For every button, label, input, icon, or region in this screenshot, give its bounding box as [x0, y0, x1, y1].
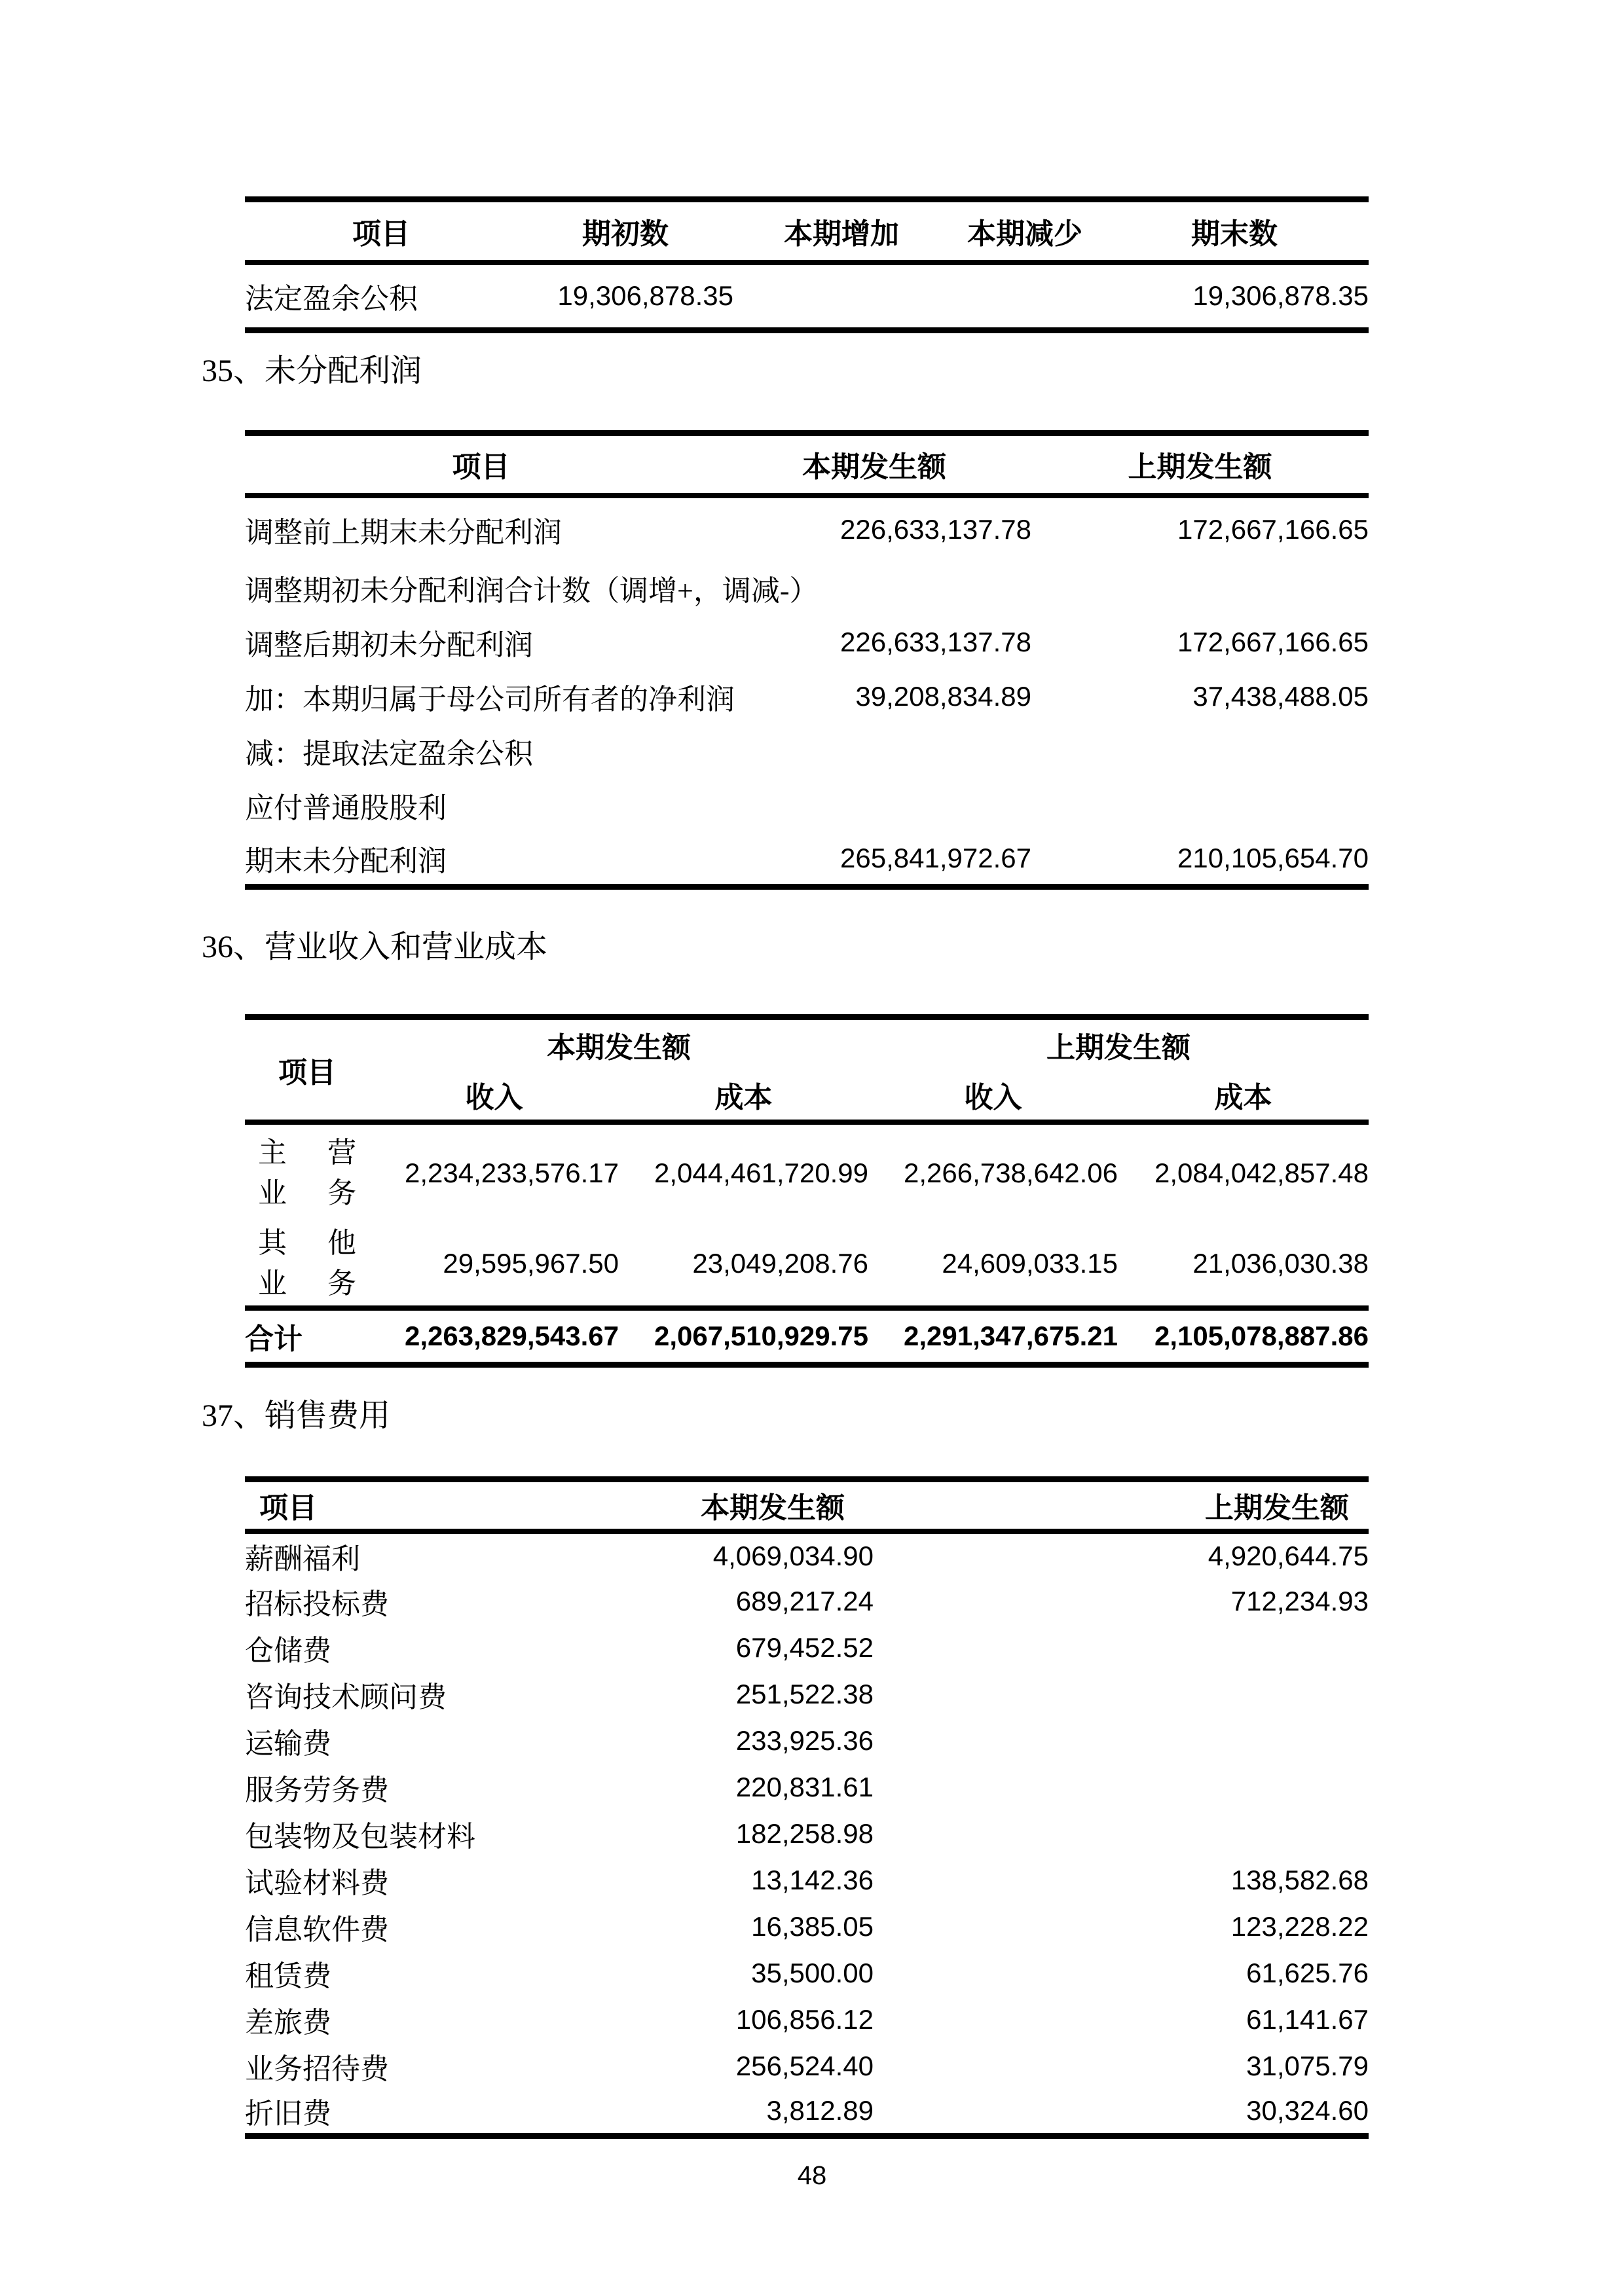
- amount-cell: 2,105,078,887.86: [1118, 1308, 1369, 1364]
- table-row: 包装物及包装材料 182,258.98: [245, 1810, 1369, 1857]
- amount-cell: [717, 778, 1031, 833]
- amount-cell: 29,595,967.50: [369, 1222, 619, 1308]
- row-label-line: 业务: [258, 1173, 356, 1214]
- amount-cell: 689,217.24: [672, 1578, 874, 1624]
- table-row: 加：本期归属于母公司所有者的净利润 39,208,834.89 37,438,4…: [245, 670, 1369, 724]
- row-label: 减：提取法定盈余公积: [245, 724, 717, 778]
- amount-cell: [874, 1717, 1369, 1764]
- amount-cell: [874, 1810, 1369, 1857]
- amount-cell: 2,084,042,857.48: [1118, 1122, 1369, 1222]
- amount-cell: 35,500.00: [672, 1950, 874, 1996]
- table-row-total: 合计 2,263,829,543.67 2,067,510,929.75 2,2…: [245, 1308, 1369, 1364]
- section-heading-36: 36、营业收入和营业成本: [202, 926, 1624, 968]
- subheader-income: 收入: [369, 1070, 619, 1122]
- amount-cell: 19,306,878.35: [517, 263, 733, 331]
- column-header-ending: 期末数: [1100, 200, 1369, 263]
- table-row: 应付普通股股利: [245, 778, 1369, 833]
- amount-cell: [950, 263, 1100, 331]
- amount-cell: [874, 1624, 1369, 1671]
- amount-cell: 256,524.40: [672, 2043, 874, 2089]
- row-label: 折旧费: [245, 2089, 672, 2136]
- amount-cell: 2,266,738,642.06: [868, 1122, 1118, 1222]
- amount-cell: 712,234.93: [874, 1578, 1369, 1624]
- amount-cell: [717, 724, 1031, 778]
- amount-cell: [1031, 561, 1369, 615]
- row-label: 主营 业务: [245, 1122, 369, 1222]
- row-label: 招标投标费: [245, 1578, 672, 1624]
- table-row: 试验材料费 13,142.36 138,582.68: [245, 1857, 1369, 1903]
- row-label: 法定盈余公积: [245, 263, 517, 331]
- table-row-other-business: 其他 业务 29,595,967.50 23,049,208.76 24,609…: [245, 1222, 1369, 1308]
- amount-cell: 220,831.61: [672, 1764, 874, 1810]
- table-row: 折旧费 3,812.89 30,324.60: [245, 2089, 1369, 2136]
- row-label: 薪酬福利: [245, 1531, 672, 1578]
- page-number: 48: [0, 2161, 1624, 2191]
- amount-cell: 30,324.60: [874, 2089, 1369, 2136]
- column-header-item: 项目: [245, 200, 517, 263]
- amount-cell: 24,609,033.15: [868, 1222, 1118, 1308]
- table-row: 法定盈余公积 19,306,878.35 19,306,878.35: [245, 263, 1369, 331]
- table-subheader-row: 收入 成本 收入 成本: [245, 1070, 1369, 1122]
- row-label: 调整前上期末未分配利润: [245, 496, 717, 561]
- row-label-line: 其他: [258, 1223, 356, 1264]
- amount-cell: 123,228.22: [874, 1903, 1369, 1950]
- column-header-item: 项目: [245, 433, 717, 496]
- amount-cell: 172,667,166.65: [1031, 615, 1369, 670]
- amount-cell: 210,105,654.70: [1031, 833, 1369, 887]
- row-label: 期末未分配利润: [245, 833, 717, 887]
- table-row: 服务劳务费 220,831.61: [245, 1764, 1369, 1810]
- table-row: 仓储费 679,452.52: [245, 1624, 1369, 1671]
- amount-cell: [1031, 778, 1369, 833]
- table-row: 运输费 233,925.36: [245, 1717, 1369, 1764]
- row-label: 仓储费: [245, 1624, 672, 1671]
- row-label: 应付普通股股利: [245, 778, 717, 833]
- section-heading-37: 37、销售费用: [202, 1395, 1624, 1437]
- table-row: 减：提取法定盈余公积: [245, 724, 1369, 778]
- amount-cell: 16,385.05: [672, 1903, 874, 1950]
- surplus-reserve-table: 项目 期初数 本期增加 本期减少 期末数 法定盈余公积 19,306,878.3…: [245, 196, 1369, 333]
- column-header-prior-period: 上期发生额: [868, 1017, 1369, 1070]
- table-row: 差旅费 106,856.12 61,141.67: [245, 1996, 1369, 2043]
- amount-cell: 182,258.98: [672, 1810, 874, 1857]
- row-label: 试验材料费: [245, 1857, 672, 1903]
- row-label: 运输费: [245, 1717, 672, 1764]
- amount-cell: 4,069,034.90: [672, 1531, 874, 1578]
- column-header-item: 项目: [245, 1017, 369, 1123]
- amount-cell: 23,049,208.76: [619, 1222, 868, 1308]
- row-label: 加：本期归属于母公司所有者的净利润: [245, 670, 717, 724]
- amount-cell: 265,841,972.67: [717, 833, 1031, 887]
- subheader-cost: 成本: [1118, 1070, 1369, 1122]
- amount-cell: 226,633,137.78: [717, 496, 1031, 561]
- amount-cell: 19,306,878.35: [1100, 263, 1369, 331]
- amount-cell: 3,812.89: [672, 2089, 874, 2136]
- table-header-row: 项目 本期发生额 上期发生额: [245, 1017, 1369, 1070]
- column-header-current-period: 本期发生额: [369, 1017, 868, 1070]
- amount-cell: 679,452.52: [672, 1624, 874, 1671]
- row-label: 调整期初未分配利润合计数（调增+，调减-）: [245, 561, 717, 615]
- column-header-item: 项目: [245, 1479, 672, 1531]
- row-label: 租赁费: [245, 1950, 672, 1996]
- amount-cell: [1031, 724, 1369, 778]
- subheader-income: 收入: [868, 1070, 1118, 1122]
- column-header-current: 本期发生额: [672, 1479, 874, 1531]
- amount-cell: 21,036,030.38: [1118, 1222, 1369, 1308]
- amount-cell: 13,142.36: [672, 1857, 874, 1903]
- revenue-cost-table: 项目 本期发生额 上期发生额 收入 成本 收入 成本 主营 业务 2,234,2…: [245, 1014, 1369, 1368]
- column-header-prior: 上期发生额: [1031, 433, 1369, 496]
- column-header-current: 本期发生额: [717, 433, 1031, 496]
- row-label: 信息软件费: [245, 1903, 672, 1950]
- table-row: 调整后期初未分配利润 226,633,137.78 172,667,166.65: [245, 615, 1369, 670]
- table-row: 业务招待费 256,524.40 31,075.79: [245, 2043, 1369, 2089]
- table-row: 调整前上期末未分配利润 226,633,137.78 172,667,166.6…: [245, 496, 1369, 561]
- amount-cell: [733, 263, 950, 331]
- amount-cell: 233,925.36: [672, 1717, 874, 1764]
- column-header-decrease: 本期减少: [950, 200, 1100, 263]
- document-page: 项目 期初数 本期增加 本期减少 期末数 法定盈余公积 19,306,878.3…: [0, 0, 1624, 2296]
- selling-expenses-table: 项目 本期发生额 上期发生额 薪酬福利 4,069,034.90 4,920,6…: [245, 1476, 1369, 2139]
- column-header-beginning: 期初数: [517, 200, 733, 263]
- column-header-prior: 上期发生额: [874, 1479, 1369, 1531]
- column-header-increase: 本期增加: [733, 200, 950, 263]
- amount-cell: 31,075.79: [874, 2043, 1369, 2089]
- subheader-cost: 成本: [619, 1070, 868, 1122]
- section-heading-35: 35、未分配利润: [202, 350, 1624, 392]
- table-header-row: 项目 本期发生额 上期发生额: [245, 1479, 1369, 1531]
- amount-cell: 226,633,137.78: [717, 615, 1031, 670]
- table-row-main-business: 主营 业务 2,234,233,576.17 2,044,461,720.99 …: [245, 1122, 1369, 1222]
- amount-cell: 2,263,829,543.67: [369, 1308, 619, 1364]
- table-row: 调整期初未分配利润合计数（调增+，调减-）: [245, 561, 1369, 615]
- table-header-row: 项目 本期发生额 上期发生额: [245, 433, 1369, 496]
- table-row: 薪酬福利 4,069,034.90 4,920,644.75: [245, 1531, 1369, 1578]
- amount-cell: 2,044,461,720.99: [619, 1122, 868, 1222]
- table-row: 租赁费 35,500.00 61,625.76: [245, 1950, 1369, 1996]
- table-header-row: 项目 期初数 本期增加 本期减少 期末数: [245, 200, 1369, 263]
- amount-cell: 172,667,166.65: [1031, 496, 1369, 561]
- amount-cell: [874, 1764, 1369, 1810]
- amount-cell: 37,438,488.05: [1031, 670, 1369, 724]
- row-label: 其他 业务: [245, 1222, 369, 1308]
- row-label: 服务劳务费: [245, 1764, 672, 1810]
- row-label: 业务招待费: [245, 2043, 672, 2089]
- row-label: 差旅费: [245, 1996, 672, 2043]
- amount-cell: 106,856.12: [672, 1996, 874, 2043]
- total-label: 合计: [245, 1308, 369, 1364]
- amount-cell: 2,291,347,675.21: [868, 1308, 1118, 1364]
- row-label-line: 业务: [258, 1264, 356, 1304]
- table-row: 招标投标费 689,217.24 712,234.93: [245, 1578, 1369, 1624]
- amount-cell: 2,067,510,929.75: [619, 1308, 868, 1364]
- row-label: 包装物及包装材料: [245, 1810, 672, 1857]
- undistributed-profit-table: 项目 本期发生额 上期发生额 调整前上期末未分配利润 226,633,137.7…: [245, 430, 1369, 890]
- table-row: 期末未分配利润 265,841,972.67 210,105,654.70: [245, 833, 1369, 887]
- amount-cell: 4,920,644.75: [874, 1531, 1369, 1578]
- table-row: 信息软件费 16,385.05 123,228.22: [245, 1903, 1369, 1950]
- amount-cell: 39,208,834.89: [717, 670, 1031, 724]
- amount-cell: 61,141.67: [874, 1996, 1369, 2043]
- amount-cell: 138,582.68: [874, 1857, 1369, 1903]
- row-label: 调整后期初未分配利润: [245, 615, 717, 670]
- table-row: 咨询技术顾问费 251,522.38: [245, 1671, 1369, 1717]
- amount-cell: [874, 1671, 1369, 1717]
- row-label-line: 主营: [258, 1133, 356, 1173]
- amount-cell: 61,625.76: [874, 1950, 1369, 1996]
- amount-cell: 251,522.38: [672, 1671, 874, 1717]
- row-label: 咨询技术顾问费: [245, 1671, 672, 1717]
- amount-cell: 2,234,233,576.17: [369, 1122, 619, 1222]
